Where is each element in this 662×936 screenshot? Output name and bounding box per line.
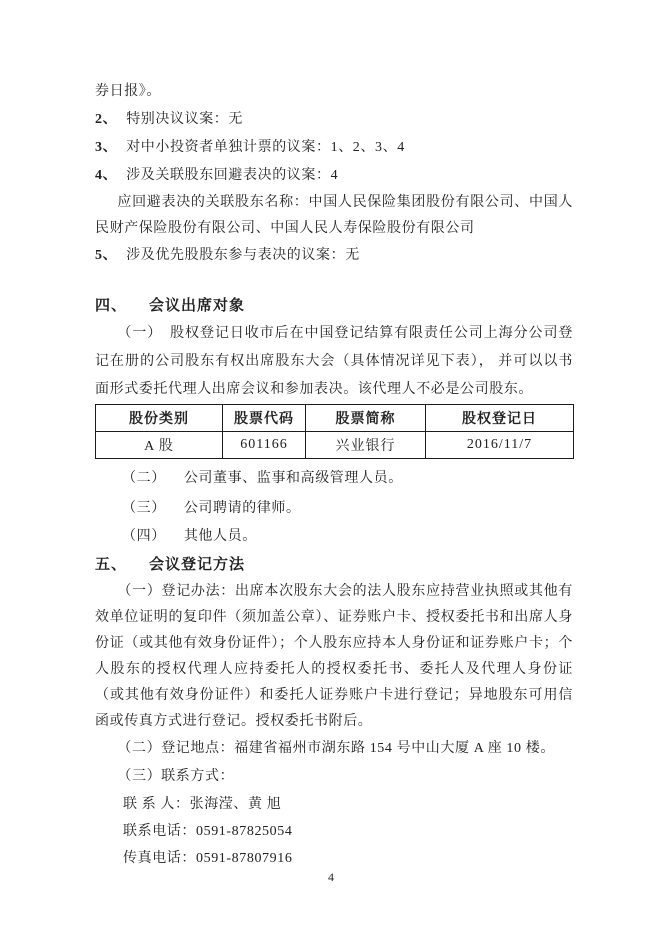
agenda-item-3: 3、对中小投资者单独计票的议案：1、2、3、4	[95, 134, 573, 162]
table-header-stock-code: 股票代码	[223, 405, 306, 432]
agenda-item-2-text: 特别决议议案：无	[126, 112, 243, 127]
agenda-item-2-number: 2、	[95, 112, 117, 127]
attendee-item-directors-number: （二）	[122, 471, 166, 486]
agenda-item-4: 4、涉及关联股东回避表决的议案：4	[95, 162, 573, 190]
table-header-record-date: 股权登记日	[426, 405, 574, 432]
table-header-share-class: 股份类别	[96, 405, 223, 432]
table-header-row: 股份类别 股票代码 股票简称 股权登记日	[96, 405, 574, 432]
section-4-title: 会议出席对象	[149, 298, 245, 314]
shareholder-record-table: 股份类别 股票代码 股票简称 股权登记日 A 股 601166 兴业银行 201…	[95, 404, 574, 459]
document-content: 券日报》。 2、特别决议议案：无 3、对中小投资者单独计票的议案：1、2、3、4…	[95, 78, 573, 872]
agenda-item-5: 5、涉及优先股股东参与表决的议案：无	[95, 242, 573, 270]
attendee-item-lawyers-number: （三）	[122, 501, 166, 516]
table-cell-share-class: A 股	[96, 432, 223, 459]
document-page: 券日报》。 2、特别决议议案：无 3、对中小投资者单独计票的议案：1、2、3、4…	[0, 0, 662, 936]
agenda-item-4-number: 4、	[95, 168, 117, 183]
agenda-item-5-text: 涉及优先股股东参与表决的议案：无	[126, 248, 360, 263]
contact-phone-line: 联系电话：0591-87825054	[95, 818, 573, 845]
section-5-heading: 五、会议登记方法	[95, 551, 573, 579]
agenda-item-3-text: 对中小投资者单独计票的议案：1、2、3、4	[126, 140, 405, 155]
agenda-item-4-text: 涉及关联股东回避表决的议案：4	[126, 168, 338, 183]
page-number: 4	[0, 870, 662, 885]
table-row: A 股 601166 兴业银行 2016/11/7	[96, 432, 574, 459]
section-4-heading: 四、会议出席对象	[95, 292, 573, 320]
contact-fax-line: 传真电话：0591-87807916	[95, 845, 573, 872]
attendee-item-others-number: （四）	[122, 529, 166, 544]
attendee-item-directors: （二）公司董事、监事和高级管理人员。	[95, 465, 573, 493]
table-cell-stock-code: 601166	[223, 432, 306, 459]
agenda-item-5-number: 5、	[95, 248, 117, 263]
table-cell-record-date: 2016/11/7	[426, 432, 574, 459]
attendee-item-directors-text: 公司董事、监事和高级管理人员。	[184, 471, 403, 486]
registration-location-paragraph: （二）登记地点：福建省福州市湖东路 154 号中山大厦 A 座 10 楼。	[95, 735, 573, 763]
contact-person-line: 联 系 人：张海滢、黄 旭	[95, 791, 573, 818]
table-cell-stock-name: 兴业银行	[306, 432, 426, 459]
carryover-line: 券日报》。	[95, 78, 573, 106]
attendee-item-lawyers-text: 公司聘请的律师。	[184, 501, 301, 516]
related-shareholders-note: 应回避表决的关联股东名称：中国人民保险集团股份有限公司、中国人民财产保险股份有限…	[95, 190, 573, 242]
section-5-number: 五、	[95, 557, 127, 573]
section-4-number: 四、	[95, 298, 127, 314]
attendance-paragraph: （一） 股权登记日收市后在中国登记结算有限责任公司上海分公司登记在册的公司股东有…	[95, 320, 573, 404]
agenda-item-3-number: 3、	[95, 140, 117, 155]
attendee-item-others: （四）其他人员。	[95, 523, 573, 551]
section-5-title: 会议登记方法	[149, 557, 245, 573]
table-header-stock-name: 股票简称	[306, 405, 426, 432]
attendee-item-others-text: 其他人员。	[184, 529, 257, 544]
contact-method-paragraph: （三）联系方式：	[95, 763, 573, 791]
attendee-item-lawyers: （三）公司聘请的律师。	[95, 495, 573, 523]
registration-method-paragraph: （一）登记办法：出席本次股东大会的法人股东应持营业执照或其他有效单位证明的复印件…	[95, 579, 573, 735]
agenda-item-2: 2、特别决议议案：无	[95, 106, 573, 134]
